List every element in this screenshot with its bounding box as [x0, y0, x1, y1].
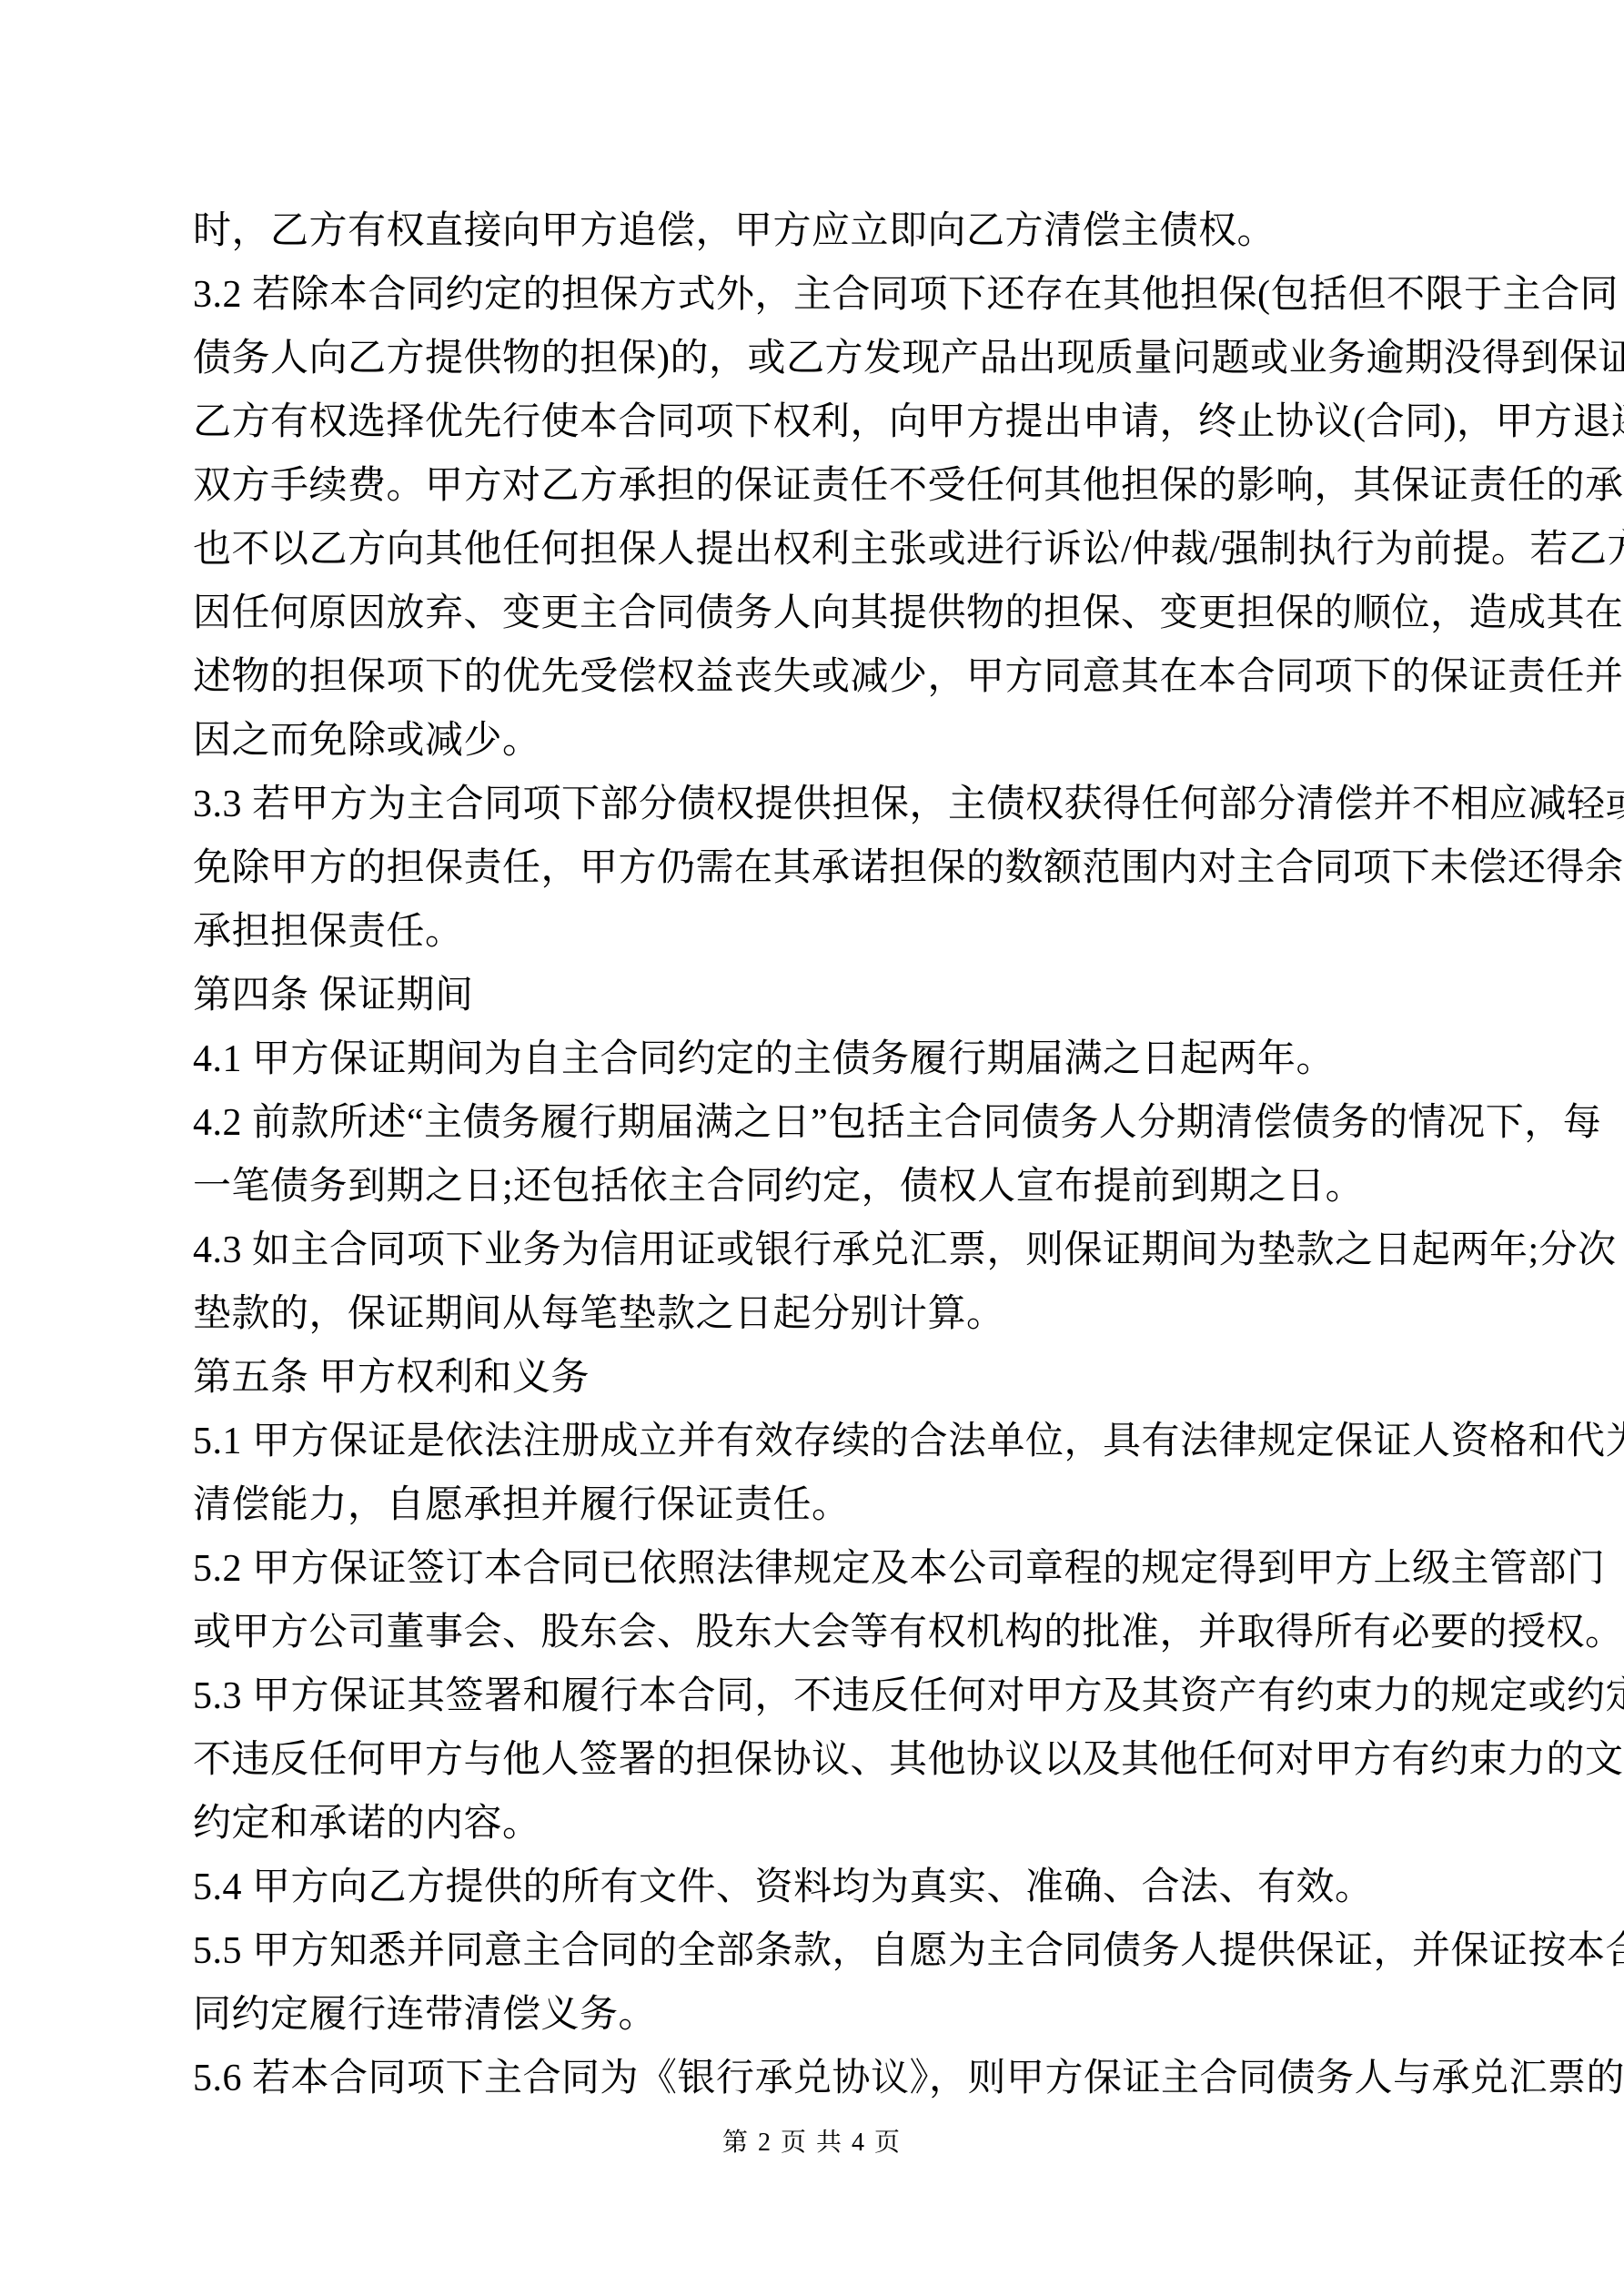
- contract-line: 述物的担保项下的优先受偿权益丧失或减少，甲方同意其在本合同项下的保证责任并不: [193, 645, 1435, 709]
- contract-line: 一笔债务到期之日;还包括依主合同约定，债权人宣布提前到期之日。: [193, 1155, 1435, 1219]
- contract-line: 5.2 甲方保证签订本合同已依照法律规定及本公司章程的规定得到甲方上级主管部门: [193, 1537, 1435, 1601]
- contract-line: 双方手续费。甲方对乙方承担的保证责任不受任何其他担保的影响，其保证责任的承担: [193, 454, 1435, 518]
- contract-line: 乙方有权选择优先行使本合同项下权利，向甲方提出申请，终止协议(合同)，甲方退还: [193, 390, 1435, 454]
- contract-line: 因之而免除或减少。: [193, 709, 1435, 773]
- contract-section-heading: 第五条 甲方权利和义务: [193, 1346, 1435, 1410]
- contract-line: 同约定履行连带清偿义务。: [193, 1983, 1435, 2047]
- contract-page: 时，乙方有权直接向甲方追偿，甲方应立即向乙方清偿主债权。 3.2 若除本合同约定…: [0, 0, 1624, 2296]
- contract-line: 清偿能力，自愿承担并履行保证责任。: [193, 1473, 1435, 1537]
- contract-line: 5.1 甲方保证是依法注册成立并有效存续的合法单位，具有法律规定保证人资格和代为: [193, 1410, 1435, 1473]
- contract-line: 4.1 甲方保证期间为自主合同约定的主债务履行期届满之日起两年。: [193, 1027, 1435, 1091]
- contract-line: 3.3 若甲方为主合同项下部分债权提供担保，主债权获得任何部分清偿并不相应减轻或: [193, 773, 1435, 836]
- contract-line: 3.2 若除本合同约定的担保方式外，主合同项下还存在其他担保(包括但不限于主合同: [193, 263, 1435, 327]
- page-number-footer: 第 2 页 共 4 页: [0, 2128, 1624, 2159]
- contract-section-heading: 第四条 保证期间: [193, 964, 1435, 1027]
- contract-line: 承担担保责任。: [193, 900, 1435, 964]
- contract-line: 免除甲方的担保责任，甲方仍需在其承诺担保的数额范围内对主合同项下未偿还得余额: [193, 836, 1435, 900]
- contract-line: 4.3 如主合同项下业务为信用证或银行承兑汇票，则保证期间为垫款之日起两年;分次: [193, 1219, 1435, 1282]
- contract-line: 5.5 甲方知悉并同意主合同的全部条款，自愿为主合同债务人提供保证，并保证按本合: [193, 1919, 1435, 1983]
- contract-line: 5.6 若本合同项下主合同为《银行承兑协议》，则甲方保证主合同债务人与承兑汇票的: [193, 2047, 1435, 2110]
- contract-line: 因任何原因放弃、变更主合同债务人向其提供物的担保、变更担保的顺位，造成其在上: [193, 582, 1435, 645]
- contract-line: 垫款的，保证期间从每笔垫款之日起分别计算。: [193, 1282, 1435, 1346]
- contract-line: 不违反任何甲方与他人签署的担保协议、其他协议以及其他任何对甲方有约束力的文件、: [193, 1728, 1435, 1792]
- contract-line: 或甲方公司董事会、股东会、股东大会等有权机构的批准，并取得所有必要的授权。: [193, 1601, 1435, 1664]
- contract-line: 4.2 前款所述“主债务履行期届满之日”包括主合同债务人分期清偿债务的情况下，每: [193, 1091, 1435, 1155]
- contract-line: 也不以乙方向其他任何担保人提出权利主张或进行诉讼/仲裁/强制执行为前提。若乙方: [193, 518, 1435, 582]
- contract-body: 时，乙方有权直接向甲方追偿，甲方应立即向乙方清偿主债权。 3.2 若除本合同约定…: [193, 199, 1435, 2110]
- contract-line: 5.3 甲方保证其签署和履行本合同，不违反任何对甲方及其资产有约束力的规定或约定…: [193, 1664, 1435, 1728]
- contract-line: 5.4 甲方向乙方提供的所有文件、资料均为真实、准确、合法、有效。: [193, 1856, 1435, 1919]
- contract-line: 债务人向乙方提供物的担保)的，或乙方发现产品出现质量问题或业务逾期没得到保证，: [193, 327, 1435, 390]
- contract-line: 时，乙方有权直接向甲方追偿，甲方应立即向乙方清偿主债权。: [193, 199, 1435, 263]
- contract-line: 约定和承诺的内容。: [193, 1792, 1435, 1856]
